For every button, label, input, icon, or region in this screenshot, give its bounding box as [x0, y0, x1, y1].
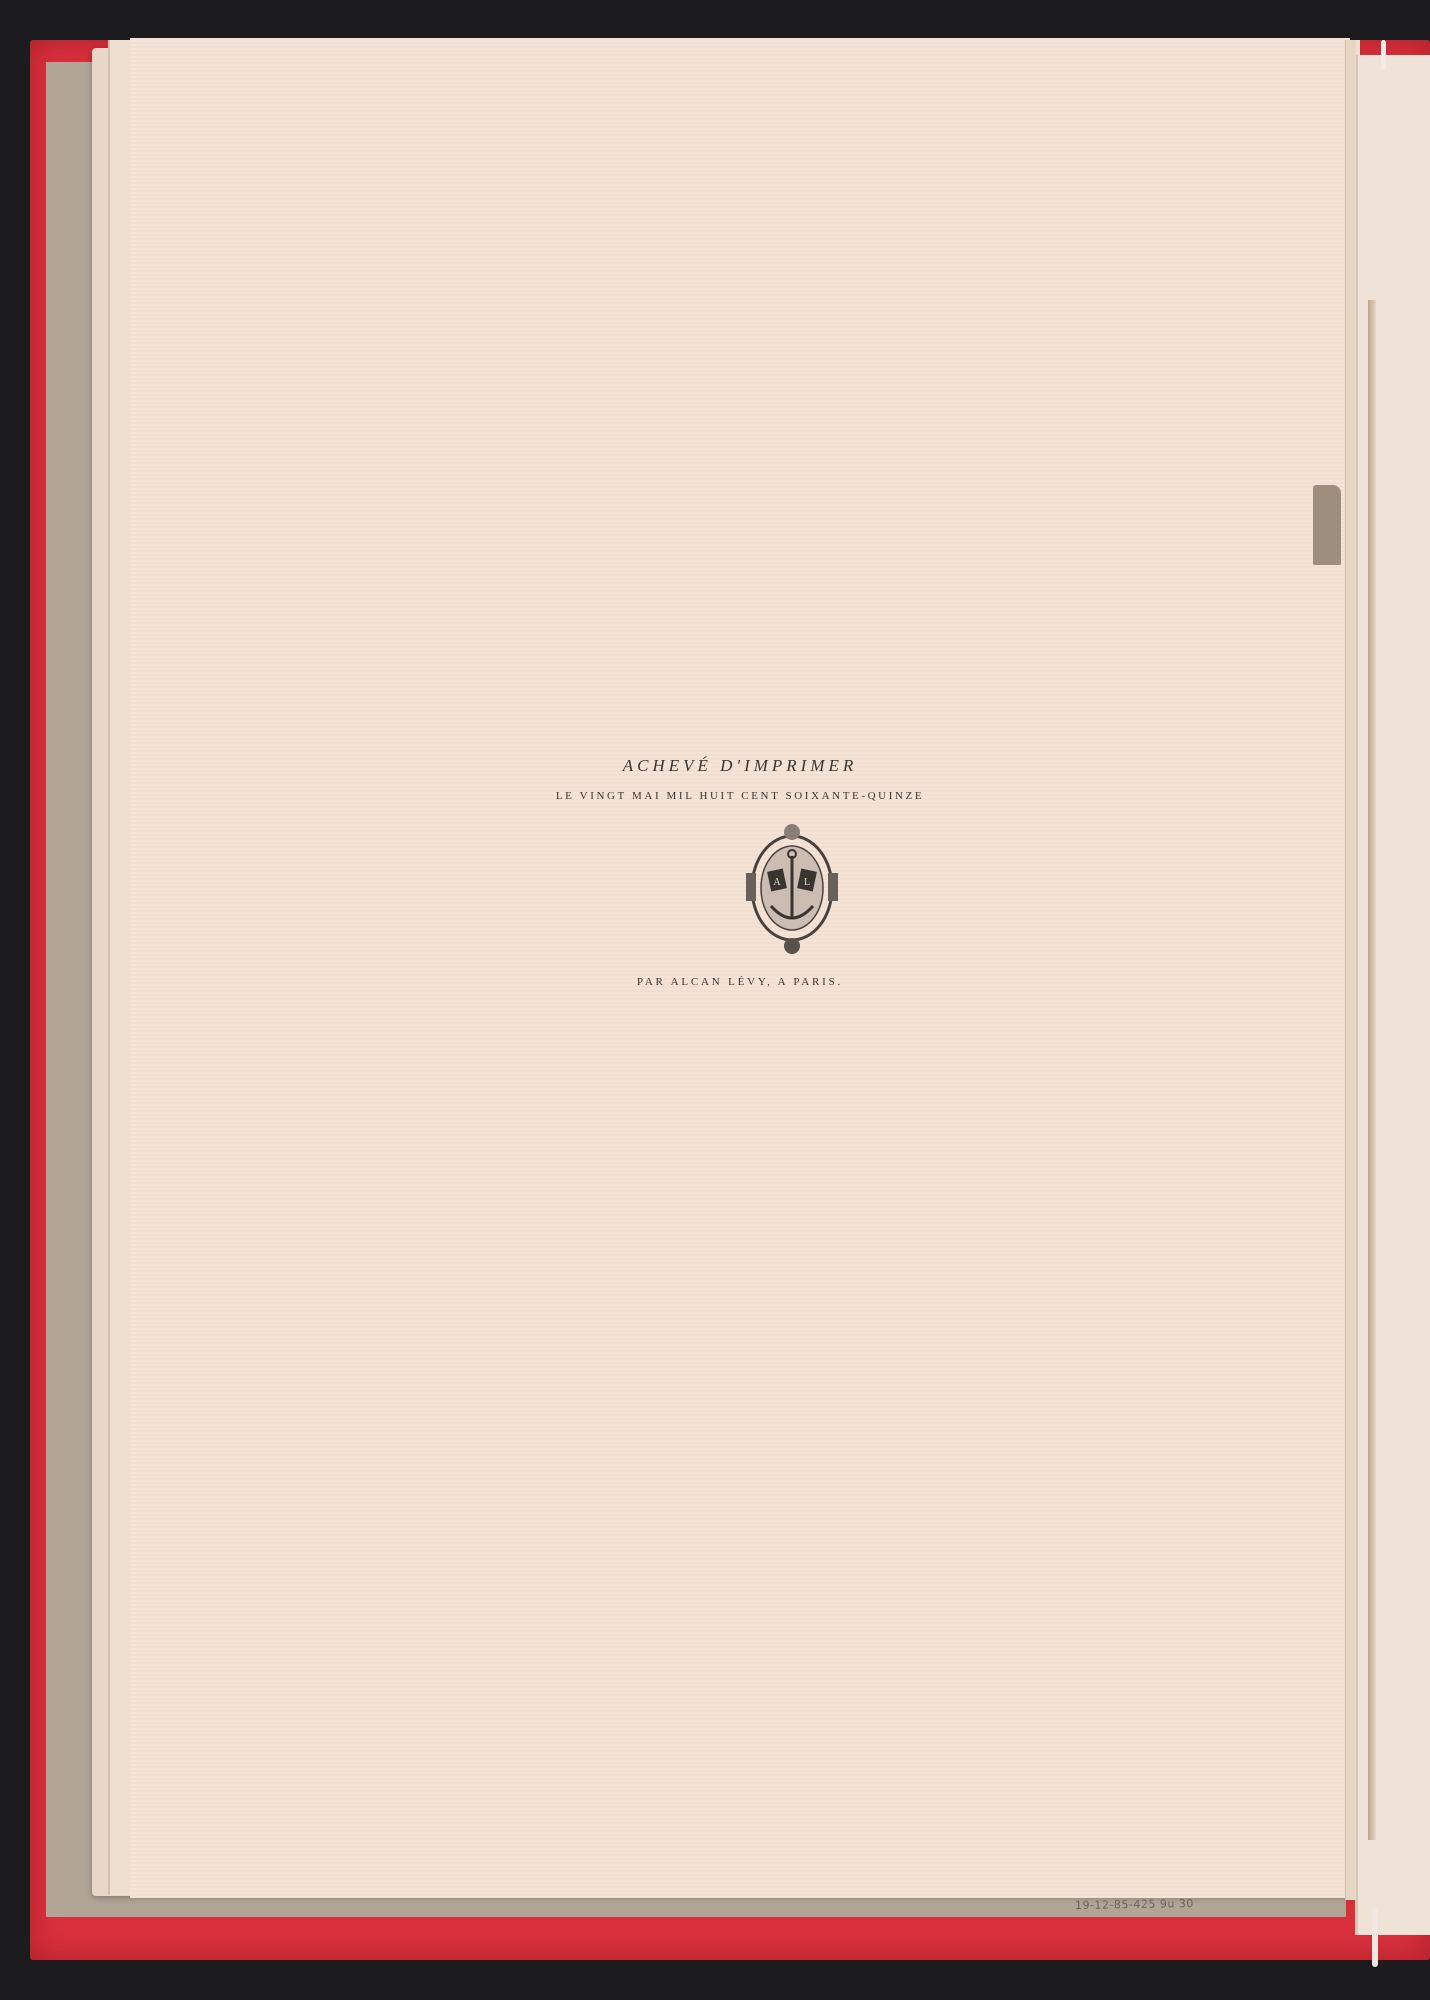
- svg-text:A: A: [773, 877, 781, 888]
- colophon-date: LE VINGT MAI MIL HUIT CENT SOIXANTE-QUIN…: [130, 790, 1350, 802]
- svg-text:L: L: [804, 877, 810, 888]
- binding-tie-bottom: [1372, 1907, 1378, 1967]
- binding-tie-top: [1381, 40, 1386, 70]
- page-right-edge: [1345, 40, 1356, 1900]
- colophon-page: [130, 38, 1350, 1898]
- pencil-annotation: 19-12-85-425 9u 30: [1075, 1897, 1194, 1912]
- right-leaf: [1355, 55, 1430, 1935]
- paper-tab: [1313, 485, 1341, 565]
- colophon-heading: ACHEVÉ D'IMPRIMER: [130, 756, 1350, 776]
- printer-line: PAR ALCAN LÉVY, A PARIS.: [130, 976, 1350, 988]
- leaf-fold: [1368, 300, 1376, 1840]
- anchor-crest-icon: A L: [743, 818, 841, 958]
